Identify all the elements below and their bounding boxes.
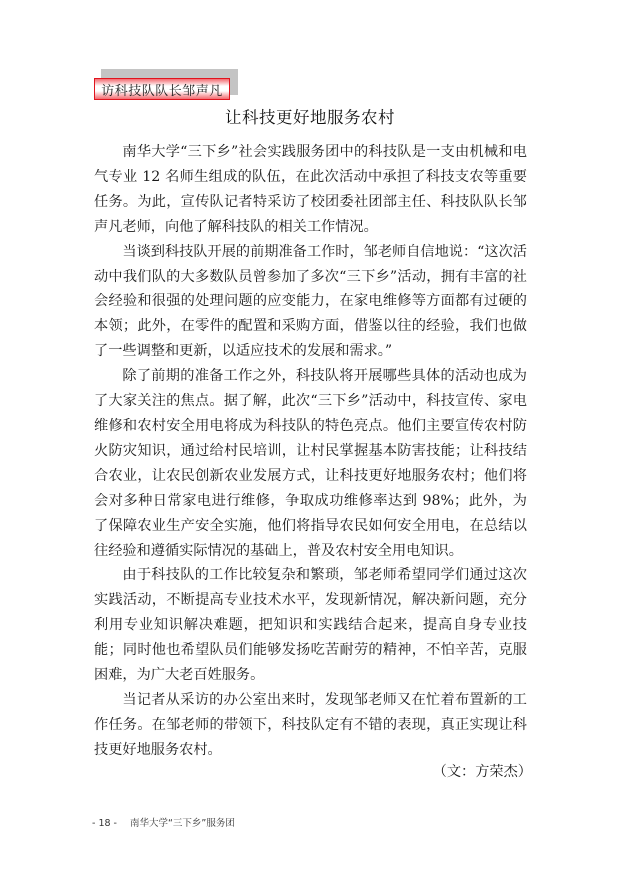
article-title: 让科技更好地服务农村: [0, 104, 620, 128]
page-number: - 18 -: [92, 818, 117, 829]
byline: （文：方荣杰）: [433, 761, 532, 781]
section-label-box: 访科技队队长邹声凡: [94, 78, 230, 100]
paragraph-4: 由于科技队的工作比较复杂和繁琐，邹老师希望同学们通过这次实践活动，不断提高专业技…: [94, 563, 527, 688]
paragraph-3: 除了前期的准备工作之外，科技队将开展哪些具体的活动也成为了大家关注的焦点。据了解…: [94, 364, 527, 563]
paragraph-5: 当记者从采访的办公室出来时，发现邹老师又在忙着布置新的工作任务。在邹老师的带领下…: [94, 688, 527, 763]
article-body: 南华大学“三下乡”社会实践服务团中的科技队是一支由机械和电气专业 12 名师生组…: [94, 140, 527, 763]
section-label: 访科技队队长邹声凡: [94, 69, 240, 103]
publication-name: 南华大学“三下乡”服务团: [130, 818, 235, 829]
paragraph-1: 南华大学“三下乡”社会实践服务团中的科技队是一支由机械和电气专业 12 名师生组…: [94, 140, 527, 240]
page-footer: - 18 - 南华大学“三下乡”服务团: [92, 815, 235, 829]
paragraph-2: 当谈到科技队开展的前期准备工作时，邹老师自信地说：“这次活动中我们队的大多数队员…: [94, 240, 527, 365]
